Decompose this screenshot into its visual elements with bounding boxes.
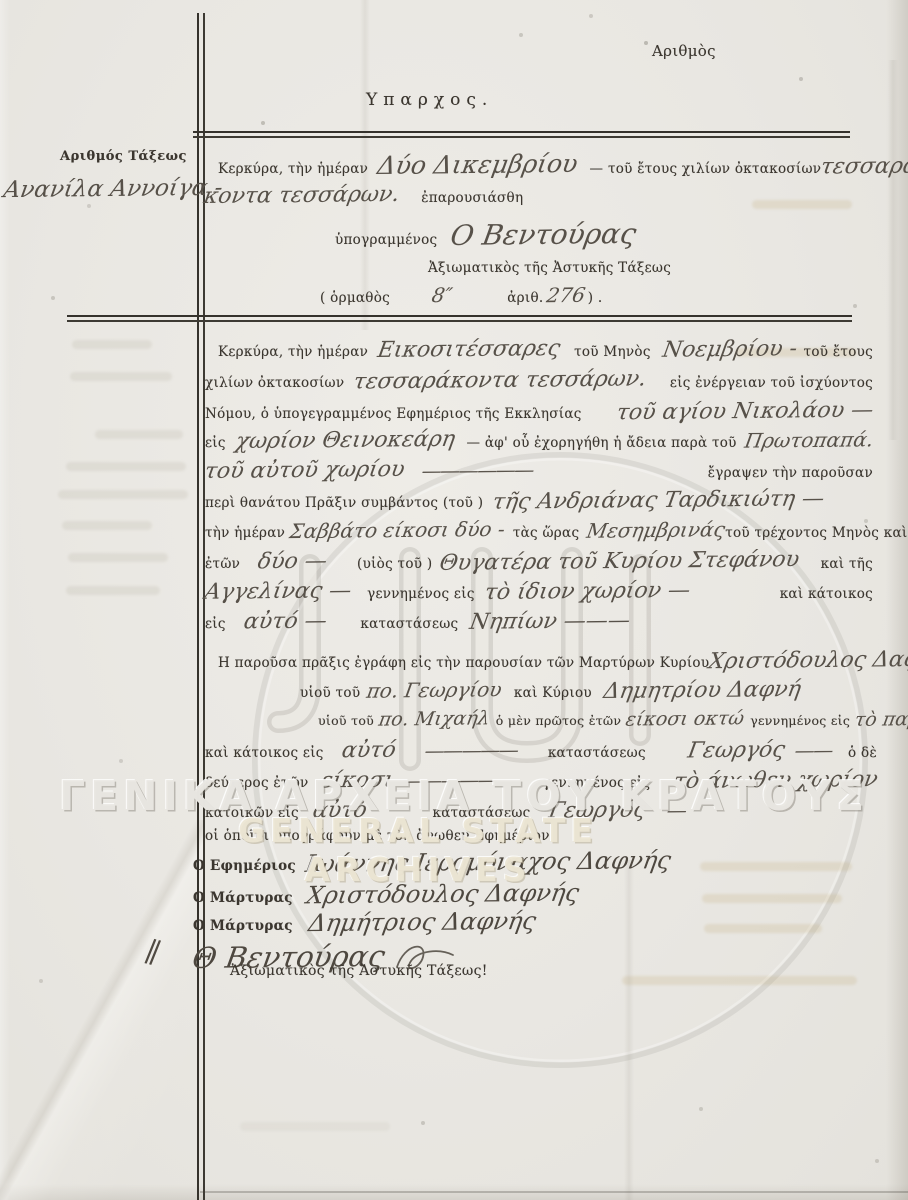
body-line-1: Κερκύρα, τὴν ἡμέραν Εικοσιτέσσαρες τοῦ Μ… (218, 337, 873, 362)
bleedthrough-line (70, 372, 172, 381)
printed-text: περὶ θανάτου Πρᾶξιν συμβάντος (τοῦ ) (205, 495, 483, 511)
printed-text: Ἀξιωματικὸς τῆς Ἀστυκῆς Τάξεως (428, 260, 671, 276)
printed-text: ἐτῶν (205, 556, 240, 572)
witness-line-4: καὶ κάτοικος εἰς αὐτό ————— καταστάσεως … (205, 738, 877, 763)
printed-text: — τοῦ ἔτους χιλίων ὀκτακοσίων (590, 161, 822, 177)
handwritten-dash: ————— (423, 738, 520, 763)
handwritten-entry: δύο — (256, 549, 329, 575)
handwritten-entry: Νοεμβρίου - (661, 336, 799, 362)
printed-text: — ἀφ' οὗ ἐχορηγήθη ἡ ἄδεια παρὰ τοῦ (466, 435, 736, 451)
handwritten-entry: Εικοσιτέσσαρες (376, 336, 562, 363)
handwritten-entry: τὸ παρόν χωρίον (853, 707, 908, 731)
body-line-5: τοῦ αὐτοῦ χωρίου —————— ἔγραψεν τὴν παρο… (205, 458, 873, 483)
paper-specks (0, 0, 2, 2)
handwritten-entry: Μεσημβρινάς (585, 517, 727, 542)
printed-text: ( ὁρμαθὸς (320, 290, 390, 306)
printed-text: ὁ δὲ (848, 745, 877, 761)
printed-text: καὶ τῆς (821, 556, 873, 572)
printed-text: τὰς ὥρας (513, 525, 579, 541)
printed-text: τοῦ τρέχοντος Μηνὸς καὶ ἔτους (725, 525, 908, 541)
body-line-3: Νόμου, ὁ ὑπογεγραμμένος Εφημέριος τῆς Εκ… (205, 399, 873, 424)
body-line-4: εἰς χωρίον Θεινοκεάρη — ἀφ' οὗ ἐχορηγήθη… (205, 428, 873, 453)
paper-fold (888, 60, 898, 440)
printed-text: Κερκύρα, τὴν ἡμέραν (218, 344, 368, 360)
printed-text: τοῦ ἔτους (804, 344, 873, 360)
bleedthrough-line (62, 521, 152, 530)
handwritten-entry: Χριστόδουλος Δαφνή (707, 647, 908, 674)
margin-order-value-handwritten: Ανανίλα Αννοίγα - (2, 175, 225, 203)
handwritten-dash: —— (792, 738, 833, 762)
printed-text: εἰς (205, 616, 226, 632)
witness-line-1: Η παροῦσα πρᾶξις ἐγράφη εἰς τὴν παρουσία… (218, 648, 878, 673)
handwritten-entry: Πρωτοπαπά. (743, 427, 875, 452)
witness-label: Ο Μάρτυρας (193, 890, 293, 906)
printed-text: Η παροῦσα πρᾶξις ἐγράφη εἰς τὴν παρουσία… (218, 655, 709, 671)
handwritten-entry: αὐτό — (242, 609, 329, 635)
handwritten-entry: Δύο Δικεμβρίου (376, 149, 581, 180)
bleedthrough-line (95, 430, 183, 439)
intro-line-1: Κερκύρα, τὴν ἡμέραν Δύο Δικεμβρίου — τοῦ… (218, 150, 873, 179)
officer-title-line: Ἀξιωματικὸς τῆς Ἀστυκῆς Τάξεως! (230, 963, 488, 979)
intro-line-2: κοντα τεσσάρων. ἐπαρουσιάσθη (204, 183, 523, 208)
watermark-english-text: GENERAL STATE ARCHIVES (148, 811, 688, 889)
printed-text: γεννημένος εἰς (750, 713, 850, 728)
body-line-8: ἐτῶν δύο — (υἱὸς τοῦ ) Θυγατέρα τοῦ Κυρί… (205, 549, 873, 574)
handwritten-dash: —————— (420, 457, 535, 482)
printed-text: ὁ μὲν πρῶτος ἐτῶν (496, 713, 622, 728)
paper-fold (624, 860, 634, 1200)
printed-text: ) . (588, 290, 603, 306)
bleedthrough-line (704, 924, 822, 933)
arithmos-label: Αριθμὸς (652, 42, 716, 60)
handwritten-entry: πο. Γεωργίου (365, 677, 504, 702)
printed-text: καὶ Κύριου (514, 685, 592, 701)
printed-text: ἐπαρουσιάσθη (421, 190, 523, 206)
bleedthrough-line (752, 200, 852, 209)
handwritten-entry: κοντα τεσσάρων. (202, 182, 402, 209)
printed-text: εἰς (205, 435, 226, 451)
printed-text: χιλίων ὀκτακοσίων (205, 375, 344, 391)
handwritten-entry: Θυγατέρα τοῦ Κυρίου Στεφάνου (438, 547, 802, 576)
body-line-9: Αγγελίνας — γεννημένος εἰς τὸ ίδιον χωρί… (205, 579, 873, 604)
top-horizontal-rule (193, 131, 850, 138)
printed-text: ἔγραψεν τὴν παροῦσαν (708, 465, 873, 481)
intro-line-5: ( ὁρμαθὸς 8″ ἀριθ. 276 ) . (320, 283, 602, 307)
intro-line-4: Ἀξιωματικὸς τῆς Ἀστυκῆς Τάξεως (428, 260, 671, 276)
ormathos-value-handwritten: 8″ (430, 283, 454, 307)
witness-line-2: υἱοῦ τοῦ πο. Γεωργίου καὶ Κύριου Δημητρί… (300, 678, 801, 703)
handwritten-entry: πο. Μιχαήλ (377, 707, 492, 730)
handwritten-entry: είκοσι οκτώ (624, 707, 746, 730)
printed-text: εἰς ἐνέργειαν τοῦ ἰσχύοντος (670, 375, 873, 391)
intro-line-3: ὑπογραμμένος Ο Βεντούρας (335, 218, 636, 251)
witness-line-3: υἱοῦ τοῦ πο. Μιχαήλ ὁ μὲν πρῶτος ἐτῶν εί… (318, 708, 890, 730)
printed-text: καὶ κάτοικος εἰς (205, 745, 324, 761)
margin-order-label: Αριθμός Τάξεως (60, 149, 187, 164)
handwritten-entry: τὸ ίδιον χωρίον — (482, 578, 691, 605)
printed-text: καὶ κάτοικος (780, 586, 873, 602)
printed-text: καταστάσεως (548, 745, 646, 761)
bleedthrough-line (68, 553, 168, 562)
handwritten-entry: τεσσαράκοντα τεσσάρων. (352, 366, 649, 394)
printed-text: υἱοῦ τοῦ (318, 713, 374, 728)
handwritten-entry: χωρίον Θεινοκεάρη (233, 427, 456, 454)
handwritten-entry: τεσσαρά- (819, 153, 908, 179)
handwritten-entry: τῆς Ανδριάνας Ταρδικιώτη — (491, 486, 827, 514)
bleedthrough-line (702, 894, 842, 903)
body-line-7: τὴν ἡμέραν Σαββάτο είκοσι δύο - τὰς ὥρας… (205, 518, 873, 542)
printed-text: τὴν ἡμέραν (205, 525, 285, 541)
printed-text: ὑπογραμμένος (335, 232, 437, 248)
bottom-edge-rule (200, 1191, 908, 1193)
printed-text: γεννημένος εἰς (367, 586, 475, 602)
bleedthrough-line (700, 862, 852, 871)
handwritten-entry: τοῦ αγίου Νικολάου — (615, 398, 876, 426)
body-line-6: περὶ θανάτου Πρᾶξιν συμβάντος (τοῦ ) τῆς… (205, 488, 873, 513)
handwritten-entry: Αγγελίνας — (203, 578, 354, 605)
page-title: Υπαρχος. (366, 90, 493, 110)
handwritten-entry: Νηπίων ——— (468, 608, 632, 635)
mid-horizontal-rule (67, 315, 852, 322)
printed-text: (υἱὸς τοῦ ) (357, 556, 432, 572)
bleedthrough-line (66, 462, 186, 471)
printed-text: καταστάσεως (360, 616, 458, 632)
bleedthrough-line (622, 976, 857, 985)
bleedthrough-line (66, 586, 160, 595)
arith-value-handwritten: 276 (544, 283, 586, 307)
printed-text: υἱοῦ τοῦ (300, 685, 360, 701)
printed-text: Κερκύρα, τὴν ἡμέραν (218, 161, 368, 177)
handwritten-entry: Σαββάτο είκοσι δύο - (288, 517, 507, 543)
handwritten-entry: αὐτό (340, 738, 398, 764)
bleedthrough-line (72, 340, 152, 349)
handwritten-entry: Γεωργός (686, 737, 787, 763)
printed-text: τοῦ Μηνὸς (574, 344, 651, 360)
bleedthrough-line (58, 490, 188, 499)
handwritten-entry: Δημητρίου Δαφνή (602, 677, 803, 704)
body-line-10: εἰς αὐτό — καταστάσεως Νηπίων ——— (205, 609, 873, 634)
printed-text: Νόμου, ὁ ὑπογεγραμμένος Εφημέριος τῆς Εκ… (205, 406, 582, 422)
handwritten-entry: τοῦ αὐτοῦ χωρίου (203, 457, 407, 484)
printed-text: ἀριθ. (507, 290, 543, 306)
officer-presentation-signature: Ο Βεντούρας (448, 217, 639, 252)
bleedthrough-line (240, 1122, 390, 1131)
document-page: Αριθμὸς Υπαρχος. Αριθμός Τάξεως Ανανίλα … (0, 0, 908, 1200)
body-line-2: χιλίων ὀκτακοσίων τεσσαράκοντα τεσσάρων.… (205, 368, 873, 393)
officer-title: Ἀξιωματικὸς τῆς Ἀστυκῆς Τάξεως! (230, 963, 488, 979)
